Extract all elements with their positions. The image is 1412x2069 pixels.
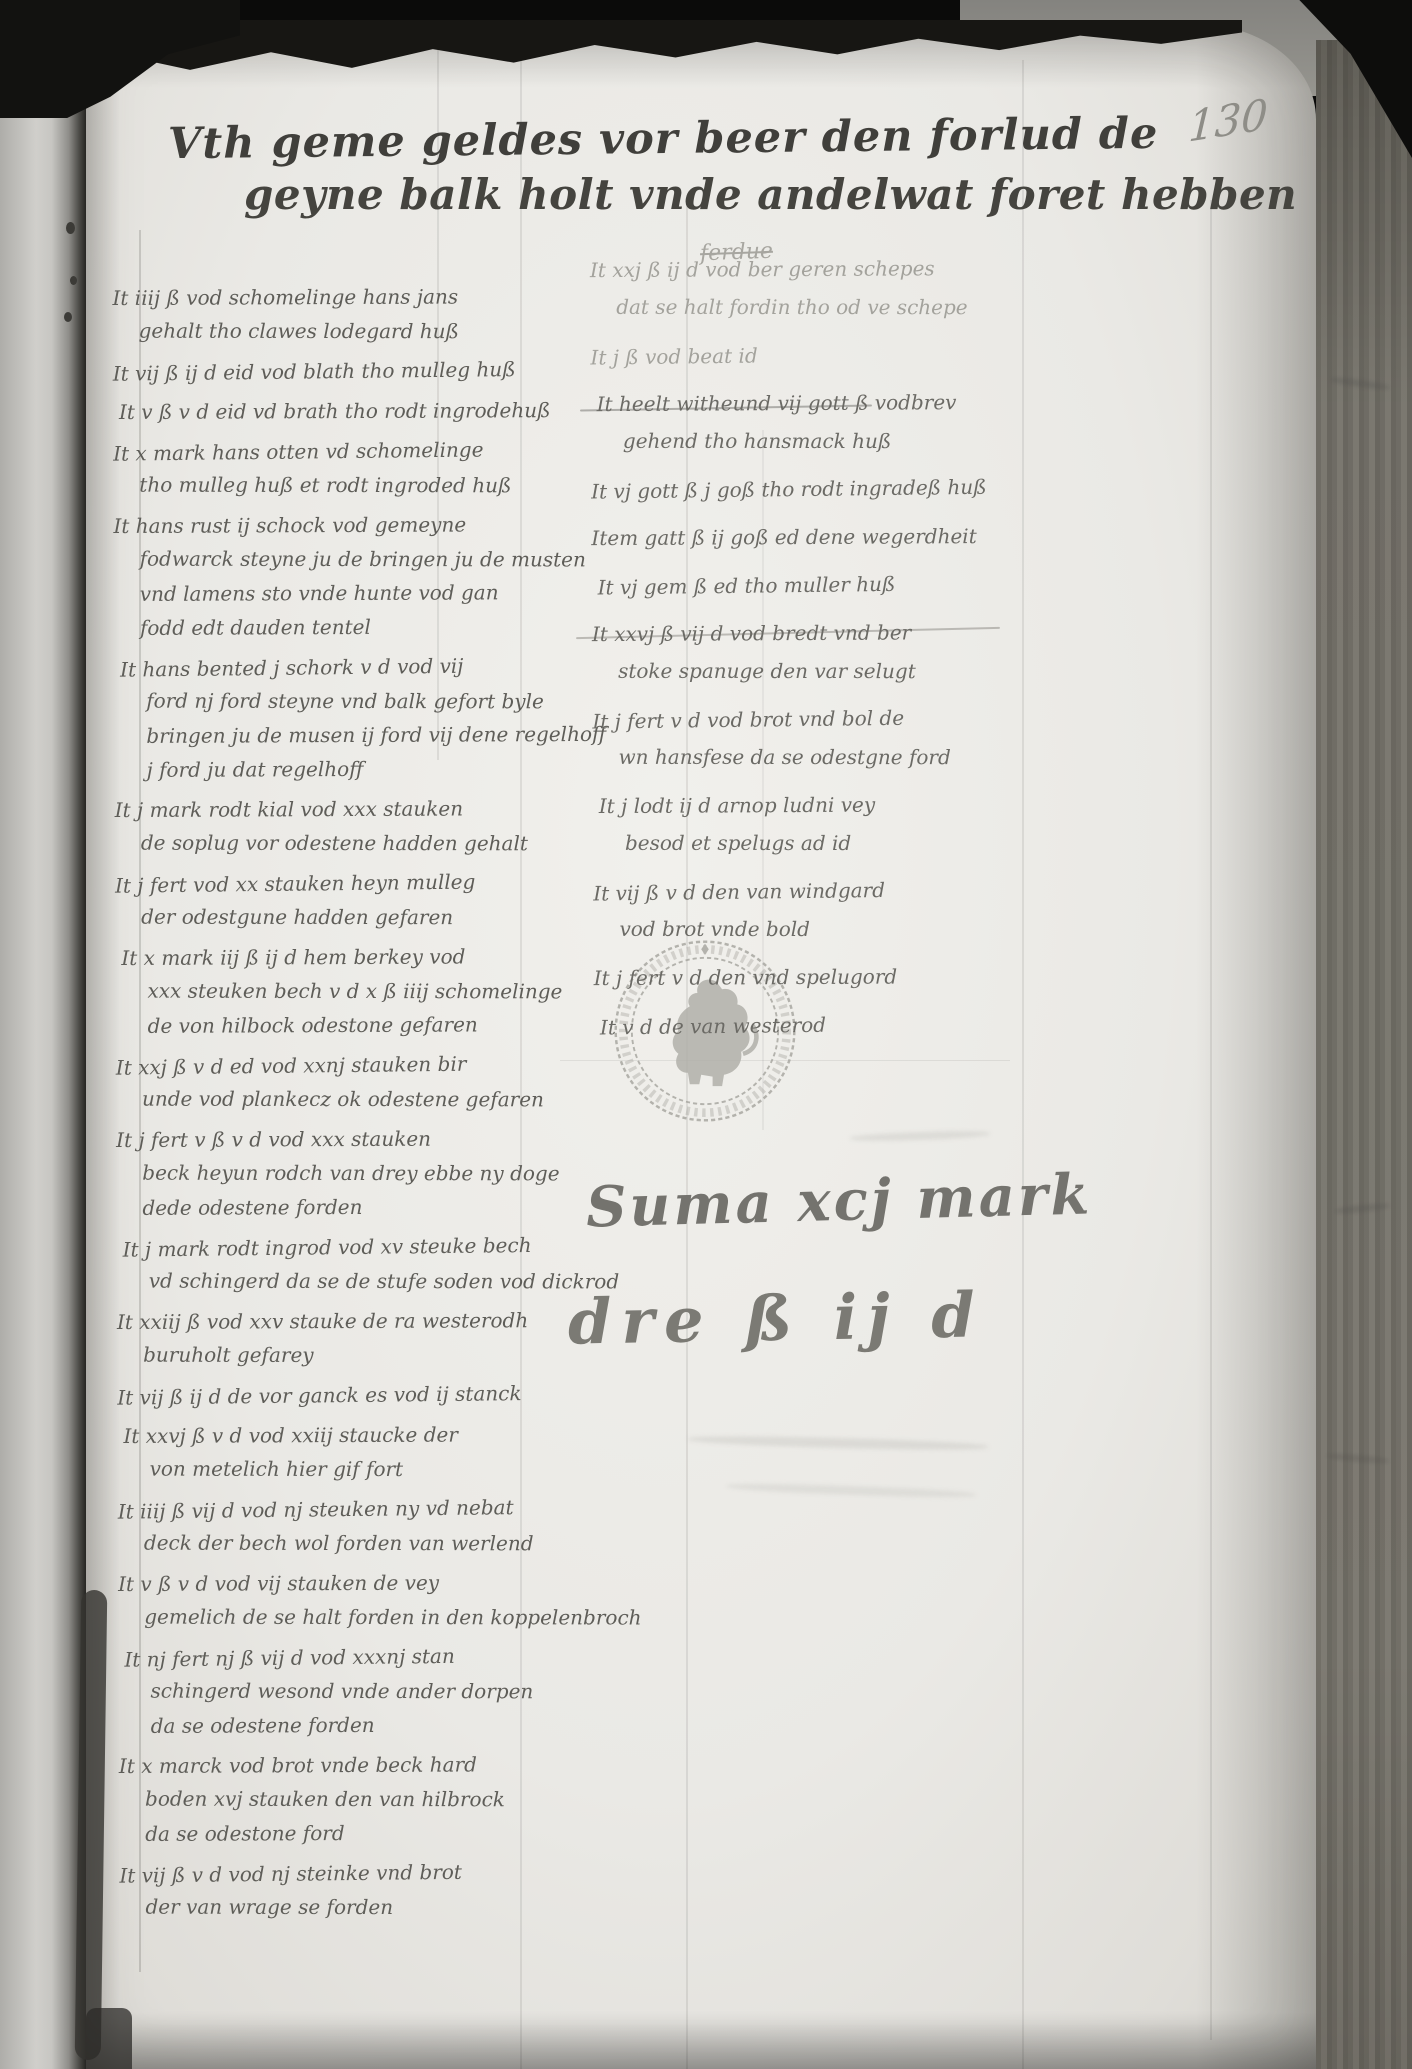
- manuscript-line: It vij ß ij d de vor ganck es vod ij sta…: [117, 1375, 585, 1414]
- manuscript-photo: Vth geme geldes vor beer den forlud de g…: [0, 0, 1412, 2069]
- manuscript-line: vd schingerd da se de stufe soden vod di…: [123, 1264, 585, 1299]
- manuscript-line: ford nj ford steyne vnd balk gefort byle: [120, 684, 582, 719]
- manuscript-line: gehalt tho clawes lodegard huß: [113, 314, 581, 349]
- manuscript-line: da se odestone ford: [119, 1815, 587, 1851]
- manuscript-line: It x mark hans otten vd schomelinge: [113, 431, 581, 470]
- ledger-entry: It j lodt ij d arnop ludni veybesod et s…: [599, 785, 1011, 863]
- manuscript-line: boden xvj stauken den van hilbrock: [119, 1782, 587, 1817]
- manuscript-line: It xxvj ß vij d vod bredt vnd ber: [592, 613, 1010, 653]
- manuscript-line: deck der bech wol forden van werlend: [118, 1526, 586, 1561]
- ledger-entry: Item gatt ß ij goß ed dene wegerdheit: [591, 517, 1009, 557]
- ledger-entry: It xxj ß v d ed vod xxnj stauken birunde…: [116, 1047, 584, 1117]
- ledger-entry: It x marck vod brot vnde beck hardboden …: [119, 1747, 587, 1851]
- paper-speck: [66, 222, 75, 234]
- manuscript-line: gemelich de se halt forden in den koppel…: [118, 1600, 586, 1635]
- manuscript-line: It xxj ß v d ed vod xxnj stauken bir: [116, 1045, 584, 1084]
- ledger-entry: It j fert v d vod brot vnd bol dewn hans…: [592, 699, 1010, 777]
- manuscript-line: j ford ju dat regelhoff: [120, 751, 582, 787]
- manuscript-line: It vij ß ij d eid vod blath tho mulleg h…: [113, 351, 581, 390]
- manuscript-line: der van wrage se forden: [119, 1890, 587, 1925]
- manuscript-line: gehend tho hansmack huß: [597, 422, 1009, 460]
- ledger-entry: It vij ß v d den van windgardvod brot vn…: [593, 871, 1011, 949]
- manuscript-line: tho mulleg huß et rodt ingroded huß: [113, 468, 581, 503]
- manuscript-line: It x marck vod brot vnde beck hard: [119, 1747, 587, 1783]
- manuscript-line: von metelich hier gif fort: [124, 1452, 586, 1487]
- ledger-entry: It j ß vod beat id: [590, 335, 1008, 375]
- page-edge-crease: [1210, 200, 1212, 2040]
- manuscript-line: unde vod plankecz ok odestene gefaren: [116, 1082, 584, 1117]
- ledger-entry: It j fert v d den vnd spelugord: [594, 957, 1012, 997]
- ledger-entry: It j fert v ß v d vod xxx staukenbeck he…: [116, 1121, 584, 1225]
- ledger-entry: It nj fert nj ß vij d vod xxxnj stanschi…: [124, 1639, 586, 1743]
- gutter-shadow: [86, 2008, 132, 2069]
- manuscript-line: It x mark iij ß ij d hem berkey vod: [121, 939, 583, 975]
- book-gutter-pages: [0, 0, 86, 2069]
- summa-total-line2: dre ß ij d: [567, 1278, 985, 1358]
- manuscript-line: It v ß v d eid vd brath tho rodt ingrode…: [119, 393, 581, 429]
- manuscript-line: It iiij ß vod schomelinge hans jans: [112, 279, 580, 315]
- page-heading-line2: geyne balk holt vnde andelwat foret hebb…: [244, 170, 1297, 219]
- ledger-entry: It x mark iij ß ij d hem berkey vodxxx s…: [121, 939, 583, 1043]
- summa-total-line1: Suma xcj mark: [585, 1161, 1093, 1240]
- ledger-entry: It xxvj ß vij d vod bredt vnd berstoke s…: [592, 613, 1010, 691]
- manuscript-line: It vj gem ß ed tho muller huß: [597, 563, 1009, 606]
- manuscript-line: It j fert v d vod brot vnd bol de: [592, 697, 1010, 740]
- manuscript-line: der odestgune hadden gefaren: [115, 900, 583, 935]
- manuscript-line: It xxj ß ij d vod ber geren schepes: [590, 249, 1008, 289]
- ledger-entry: It vj gott ß j goß tho rodt ingradeß huß: [591, 469, 1009, 509]
- ledger-entry: It xxj ß ij d vod ber geren schepesdat s…: [590, 249, 1008, 327]
- paper-fold-line: [1022, 60, 1024, 2069]
- manuscript-line: Item gatt ß ij goß ed dene wegerdheit: [591, 517, 1009, 557]
- manuscript-line: It nj fert nj ß vij d vod xxxnj stan: [124, 1637, 586, 1676]
- paper-speck: [70, 276, 77, 285]
- manuscript-line: It v ß v d vod vij stauken de vey: [118, 1565, 586, 1601]
- ledger-entry: It vij ß ij d eid vod blath tho mulleg h…: [113, 353, 581, 389]
- ledger-entry: It vij ß ij d de vor ganck es vod ij sta…: [117, 1377, 585, 1413]
- manuscript-line: It j fert v ß v d vod xxx stauken: [116, 1121, 584, 1157]
- manuscript-line: xxx steuken bech v d x ß iiij schomeling…: [121, 974, 583, 1009]
- manuscript-line: vod brot vnde bold: [593, 910, 1011, 948]
- manuscript-line: It iiij ß vij d vod nj steuken ny vd neb…: [118, 1489, 586, 1528]
- ledger-entry: It j mark rodt kial vod xxx staukende so…: [115, 791, 583, 861]
- manuscript-line: de von hilbock odestone gefaren: [122, 1007, 584, 1043]
- manuscript-line: It j mark rodt ingrod vod xv steuke bech: [122, 1227, 584, 1266]
- book-fore-edge-pages: [1316, 40, 1412, 2069]
- manuscript-line: schingerd wesond vnde ander dorpen: [125, 1674, 587, 1709]
- ledger-entry: It v ß v d eid vd brath tho rodt ingrode…: [119, 393, 581, 429]
- ledger-entry: It j fert vod xx stauken heyn mullegder …: [115, 865, 583, 935]
- manuscript-line: besod et spelugs ad id: [599, 824, 1011, 862]
- manuscript-line: It j fert vod xx stauken heyn mulleg: [115, 863, 583, 902]
- ledger-entry: It iiij ß vod schomelinge hans jansgehal…: [112, 279, 580, 349]
- manuscript-line: dat se halt fordin tho od ve schepe: [590, 288, 1008, 326]
- left-ledger-column: It iiij ß vod schomelinge hans jansgehal…: [112, 279, 587, 1931]
- manuscript-line: It vij ß v d vod nj steinke vnd brot: [119, 1853, 587, 1892]
- page-heading-line1: Vth geme geldes vor beer den forlud de: [168, 109, 1159, 169]
- manuscript-line: It v d de van westerod: [600, 1003, 1012, 1046]
- manuscript-line: It j fert v d den vnd spelugord: [594, 957, 1012, 997]
- manuscript-line: fodd edt dauden tentel: [114, 609, 582, 645]
- manuscript-line: It xxvj ß v d vod xxiij staucke der: [123, 1417, 585, 1453]
- manuscript-line: It hans bented j schork v d vod vij: [120, 647, 582, 686]
- manuscript-line: It xxiij ß vod xxv stauke de ra westerod…: [117, 1303, 585, 1339]
- manuscript-line: fodwarck steyne ju de bringen ju de must…: [114, 542, 582, 577]
- manuscript-line: It j lodt ij d arnop ludni vey: [599, 785, 1011, 825]
- bottom-shadow: [86, 2012, 1316, 2069]
- ledger-entry: It v ß v d vod vij stauken de veygemelic…: [118, 1565, 586, 1635]
- manuscript-line: stoke spanuge den var selugt: [592, 652, 1010, 690]
- ledger-entry: It xxvj ß v d vod xxiij staucke dervon m…: [123, 1417, 585, 1487]
- ledger-entry: It x mark hans otten vd schomelingetho m…: [113, 433, 581, 503]
- manuscript-line: It heelt witheund vij gott ß vodbrev: [597, 383, 1009, 423]
- manuscript-line: da se odestene forden: [125, 1707, 587, 1743]
- ledger-entry: It v d de van westerod: [600, 1005, 1012, 1045]
- manuscript-line: de soplug vor odestene hadden gehalt: [115, 826, 583, 861]
- manuscript-line: beck heyun rodch van drey ebbe ny doge: [116, 1156, 584, 1191]
- paper-speck: [64, 312, 72, 322]
- ledger-entry: It xxiij ß vod xxv stauke de ra westerod…: [117, 1303, 585, 1373]
- manuscript-line: bringen ju de musen ij ford vij dene reg…: [120, 717, 582, 753]
- ledger-entry: It vj gem ß ed tho muller huß: [598, 565, 1010, 605]
- ledger-entry: It hans bented j schork v d vod vijford …: [120, 649, 583, 787]
- manuscript-line: It j mark rodt kial vod xxx stauken: [115, 791, 583, 827]
- manuscript-line: wn hansfese da se odestgne ford: [593, 738, 1011, 776]
- manuscript-line: It j ß vod beat id: [590, 333, 1008, 376]
- ledger-entry: It hans rust ij schock vod gemeynefodwar…: [113, 507, 582, 645]
- manuscript-line: It vij ß v d den van windgard: [593, 869, 1011, 912]
- manuscript-line: buruholt gefarey: [117, 1338, 585, 1373]
- manuscript-line: It vj gott ß j goß tho rodt ingradeß huß: [591, 467, 1009, 510]
- ledger-entry: It vij ß v d vod nj steinke vnd brotder …: [119, 1855, 587, 1925]
- right-ledger-column: It xxj ß ij d vod ber geren schepesdat s…: [590, 249, 1012, 1055]
- manuscript-line: vnd lamens sto vnde hunte vod gan: [114, 575, 582, 611]
- ledger-entry: It iiij ß vij d vod nj steuken ny vd neb…: [118, 1491, 586, 1561]
- manuscript-line: dede odestene forden: [116, 1189, 584, 1225]
- ledger-entry: It heelt witheund vij gott ß vodbrevgehe…: [597, 383, 1009, 461]
- ledger-entry: It j mark rodt ingrod vod xv steuke bech…: [123, 1229, 585, 1299]
- manuscript-line: It hans rust ij schock vod gemeyne: [113, 507, 581, 543]
